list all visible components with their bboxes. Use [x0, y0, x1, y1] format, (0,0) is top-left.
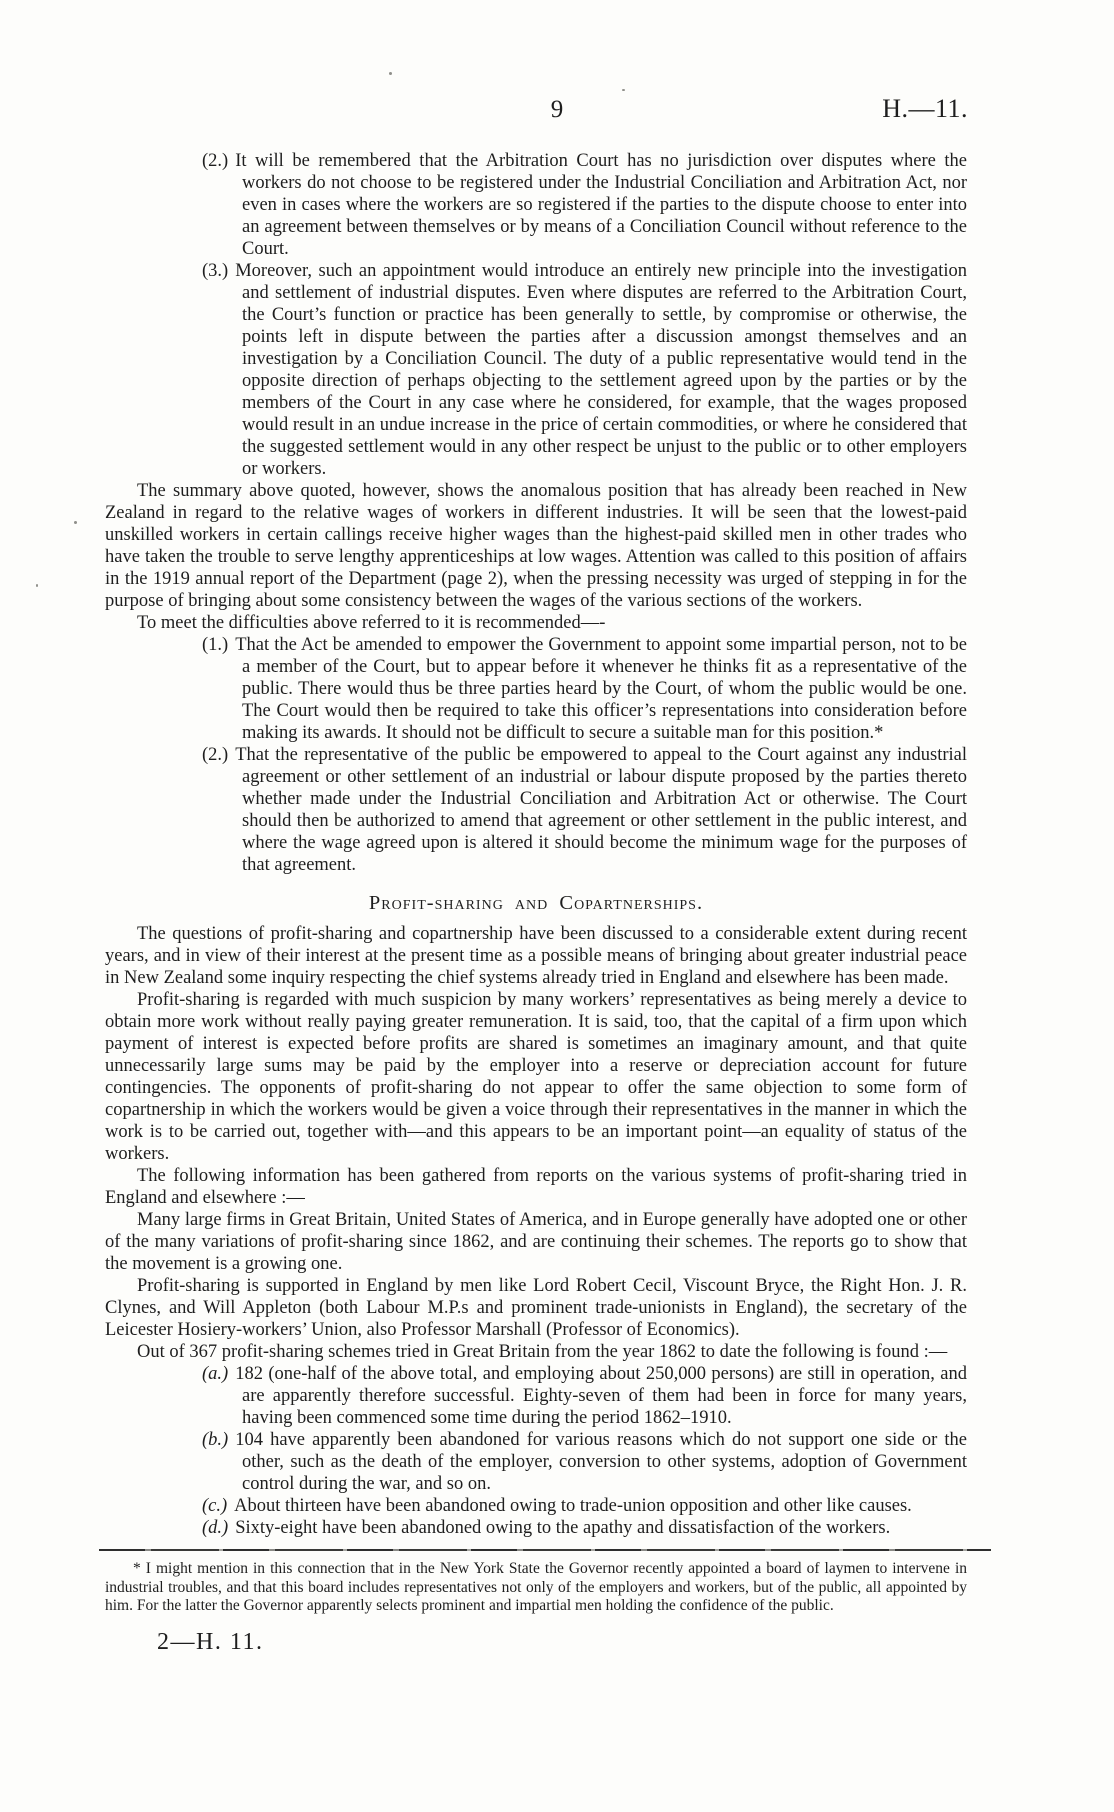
- item-text: 104 have apparently been abandoned for v…: [235, 1430, 967, 1494]
- item-text: Moreover, such an appointment would intr…: [235, 261, 967, 479]
- item-label: (2.): [202, 151, 235, 171]
- scan-speck: [74, 521, 77, 524]
- paragraph-supporters: Profit-sharing is supported in England b…: [105, 1275, 967, 1341]
- finding-item-b: (b.)104 have apparently been abandoned f…: [105, 1429, 967, 1495]
- scan-speck: [622, 89, 625, 91]
- item-label: (b.): [202, 1430, 235, 1450]
- numbered-item-2: (2.)It will be remembered that the Arbit…: [105, 150, 967, 260]
- paragraph-suspicion: Profit-sharing is regarded with much sus…: [105, 989, 967, 1165]
- finding-item-d: (d.)Sixty-eight have been abandoned owin…: [105, 1517, 967, 1539]
- paragraph-findings-intro: Out of 367 profit-sharing schemes tried …: [105, 1341, 967, 1363]
- paragraph-many-large-firms: Many large firms in Great Britain, Unite…: [105, 1209, 967, 1275]
- finding-item-c: (c.)About thirteen have been abandoned o…: [105, 1495, 967, 1517]
- numbered-item-3: (3.)Moreover, such an appointment would …: [105, 260, 967, 480]
- scan-speck: [36, 584, 38, 587]
- item-label: (3.): [202, 261, 235, 281]
- recommendation-item-2: (2.)That the representative of the publi…: [105, 744, 967, 876]
- page-body: (2.)It will be remembered that the Arbit…: [105, 150, 967, 1653]
- scanned-document-page: 9 H.—11. (2.)It will be remembered that …: [0, 0, 1114, 1812]
- footnote-divider: [99, 1549, 991, 1551]
- item-text: That the Act be amended to empower the G…: [235, 635, 967, 743]
- item-label: (a.): [202, 1364, 235, 1384]
- paragraph-questions: The questions of profit-sharing and copa…: [105, 923, 967, 989]
- item-label: (d.): [202, 1518, 235, 1538]
- item-label: (c.): [202, 1496, 234, 1516]
- printer-signature: 2—H. 11.: [157, 1631, 967, 1653]
- section-heading: Profit-sharing and Copartnerships.: [105, 892, 967, 914]
- item-text: Sixty-eight have been abandoned owing to…: [235, 1518, 890, 1538]
- item-text: It will be remembered that the Arbitrati…: [235, 151, 967, 259]
- footnote-text: * I might mention in this connection tha…: [105, 1560, 967, 1616]
- item-label: (2.): [202, 745, 235, 765]
- item-label: (1.): [202, 635, 235, 655]
- item-text: That the representative of the public be…: [235, 745, 967, 875]
- paragraph-summary: The summary above quoted, however, shows…: [105, 480, 967, 612]
- paragraph-information-gathered: The following information has been gathe…: [105, 1165, 967, 1209]
- recommendation-item-1: (1.)That the Act be amended to empower t…: [105, 634, 967, 744]
- document-reference: H.—11.: [882, 94, 968, 124]
- paragraph-recommend-intro: To meet the difficulties above referred …: [105, 612, 967, 634]
- item-text: 182 (one-half of the above total, and em…: [235, 1364, 967, 1428]
- item-text: About thirteen have been abandoned owing…: [234, 1496, 912, 1516]
- finding-item-a: (a.)182 (one-half of the above total, an…: [105, 1363, 967, 1429]
- scan-speck: [389, 72, 392, 75]
